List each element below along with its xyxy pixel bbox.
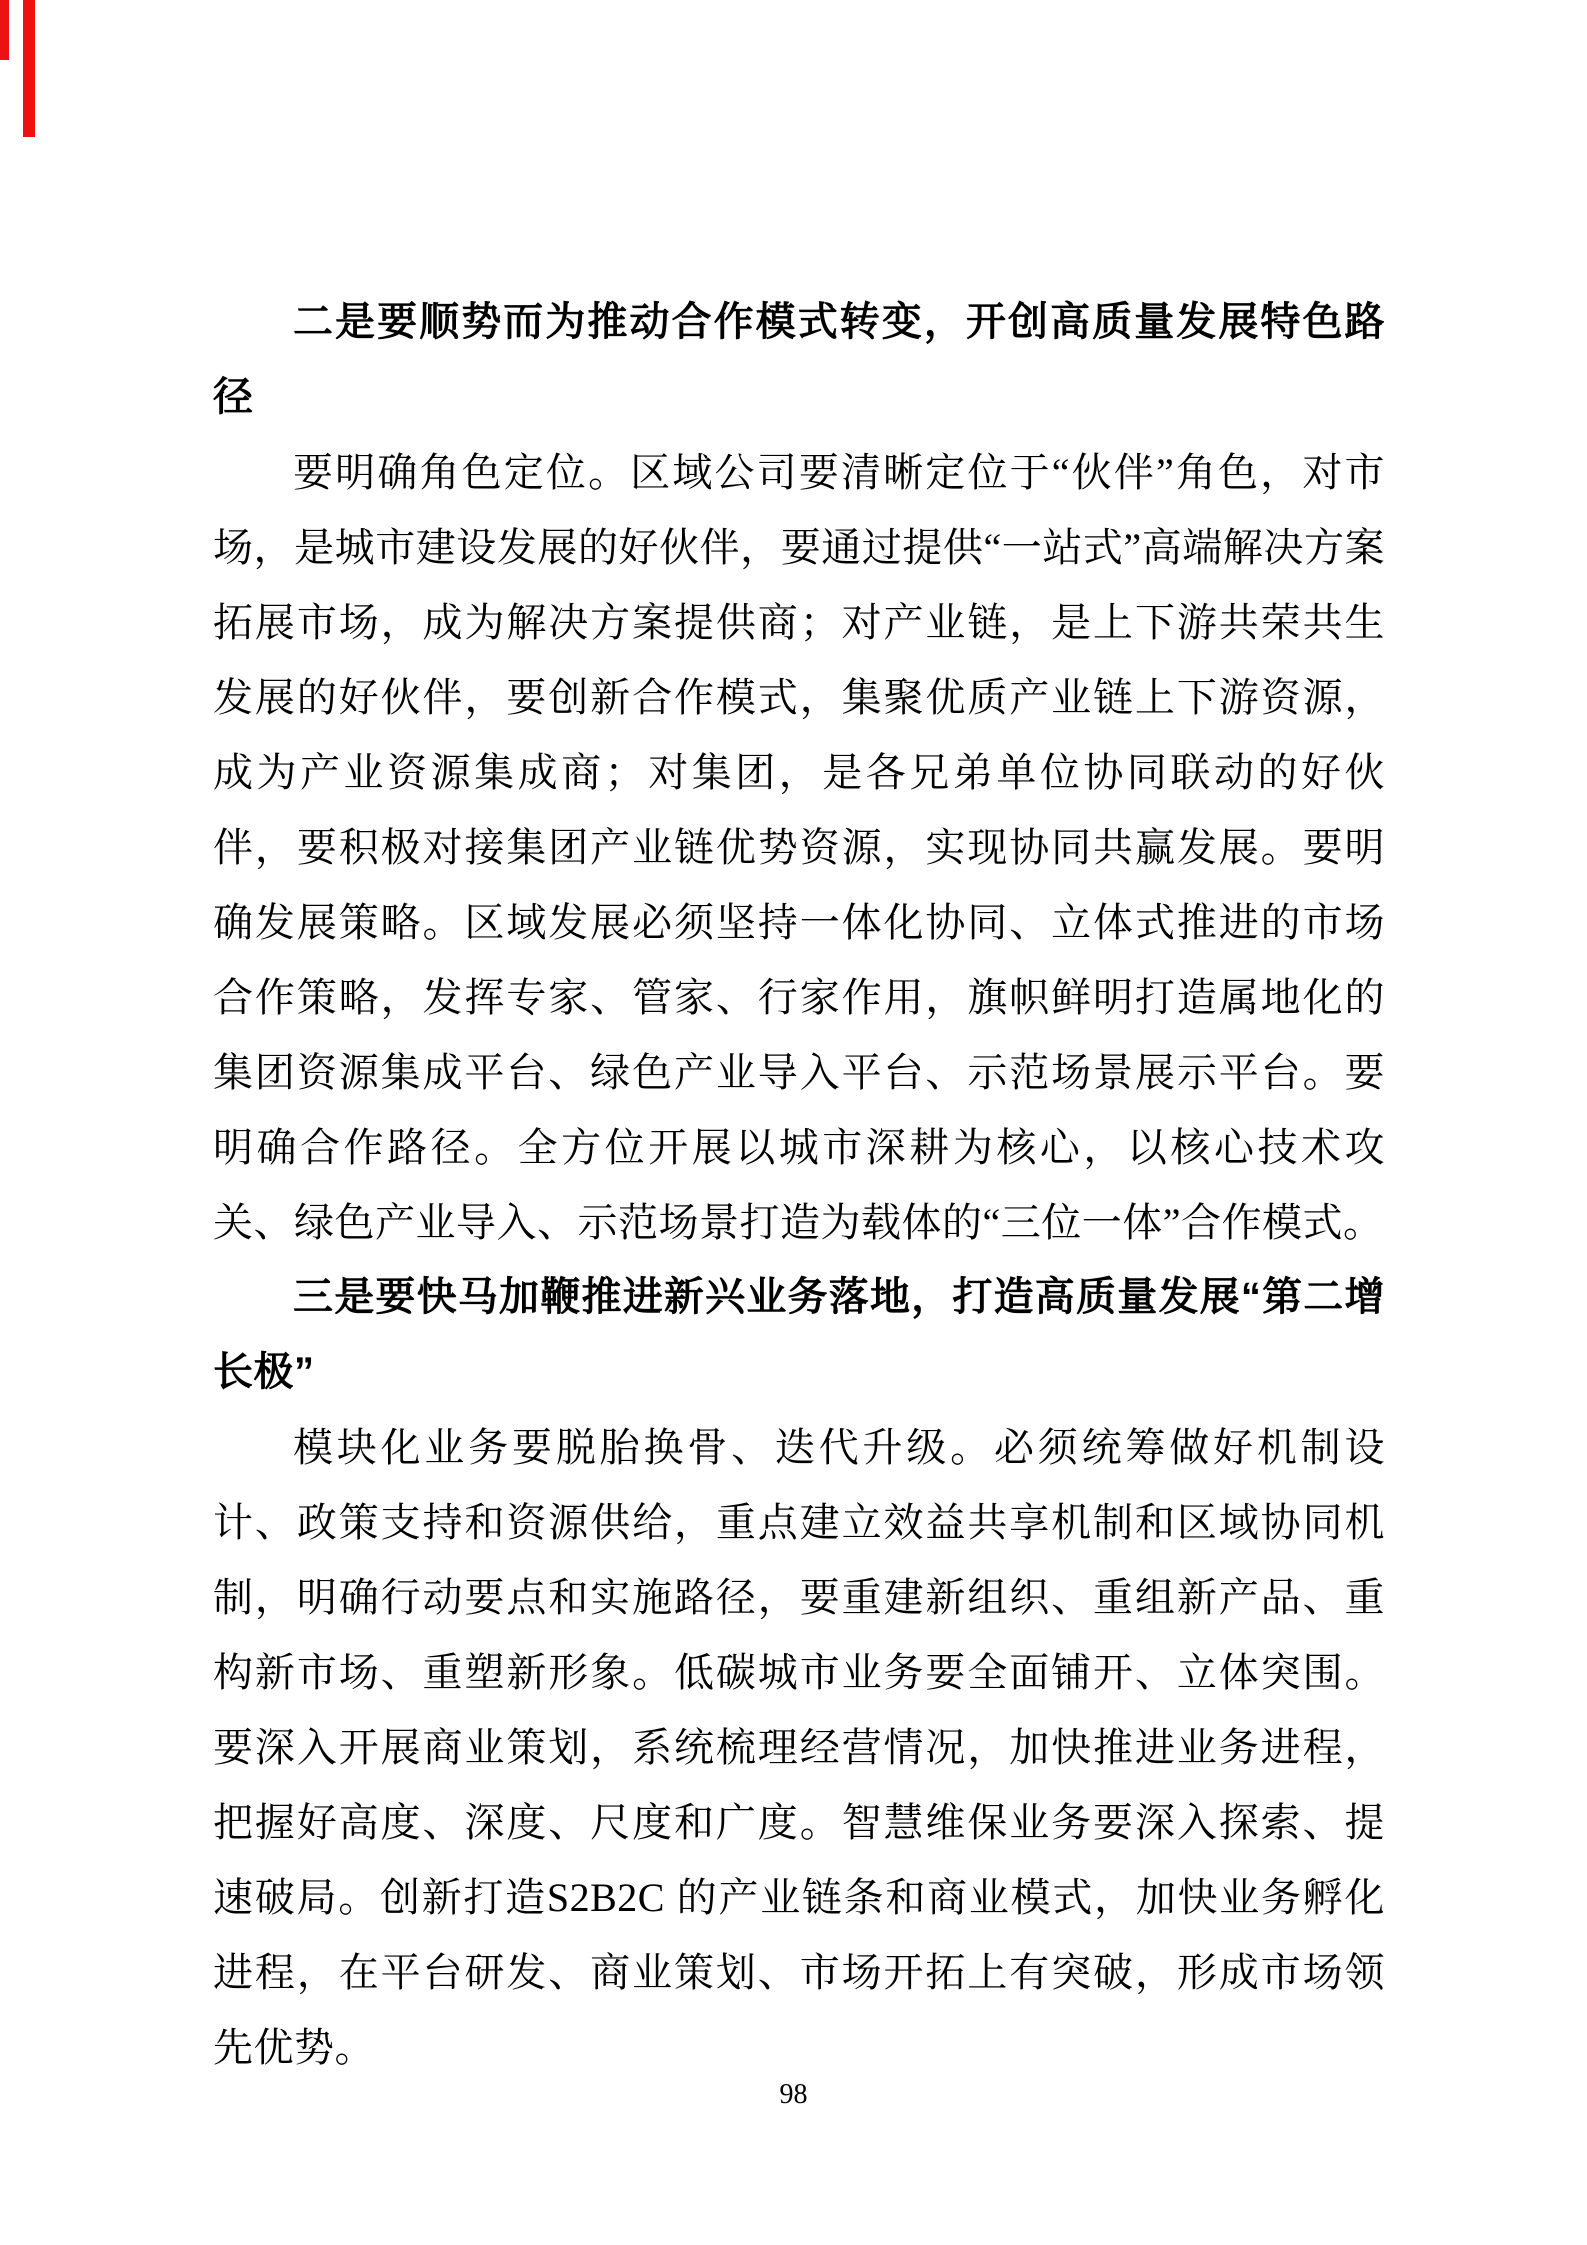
red-edge-mark-2: [23, 0, 35, 137]
red-edge-mark-1: [0, 0, 9, 60]
document-page: 二是要顺势而为推动合作模式转变，开创高质量发展特色路径 要明确角色定位。区域公司…: [0, 0, 1587, 2245]
section-heading-two: 二是要顺势而为推动合作模式转变，开创高质量发展特色路径: [213, 285, 1385, 435]
section-heading-three: 三是要快马加鞭推进新兴业务落地，打造高质量发展“第二增长极”: [213, 1260, 1385, 1410]
paragraph-new-business: 模块化业务要脱胎换骨、迭代升级。必须统筹做好机制设计、政策支持和资源供给，重点建…: [213, 1410, 1385, 2085]
page-number: 98: [0, 2078, 1587, 2112]
document-body: 二是要顺势而为推动合作模式转变，开创高质量发展特色路径 要明确角色定位。区域公司…: [213, 285, 1385, 2085]
paragraph-role-positioning: 要明确角色定位。区域公司要清晰定位于“伙伴”角色，对市场，是城市建设发展的好伙伴…: [213, 435, 1385, 1260]
